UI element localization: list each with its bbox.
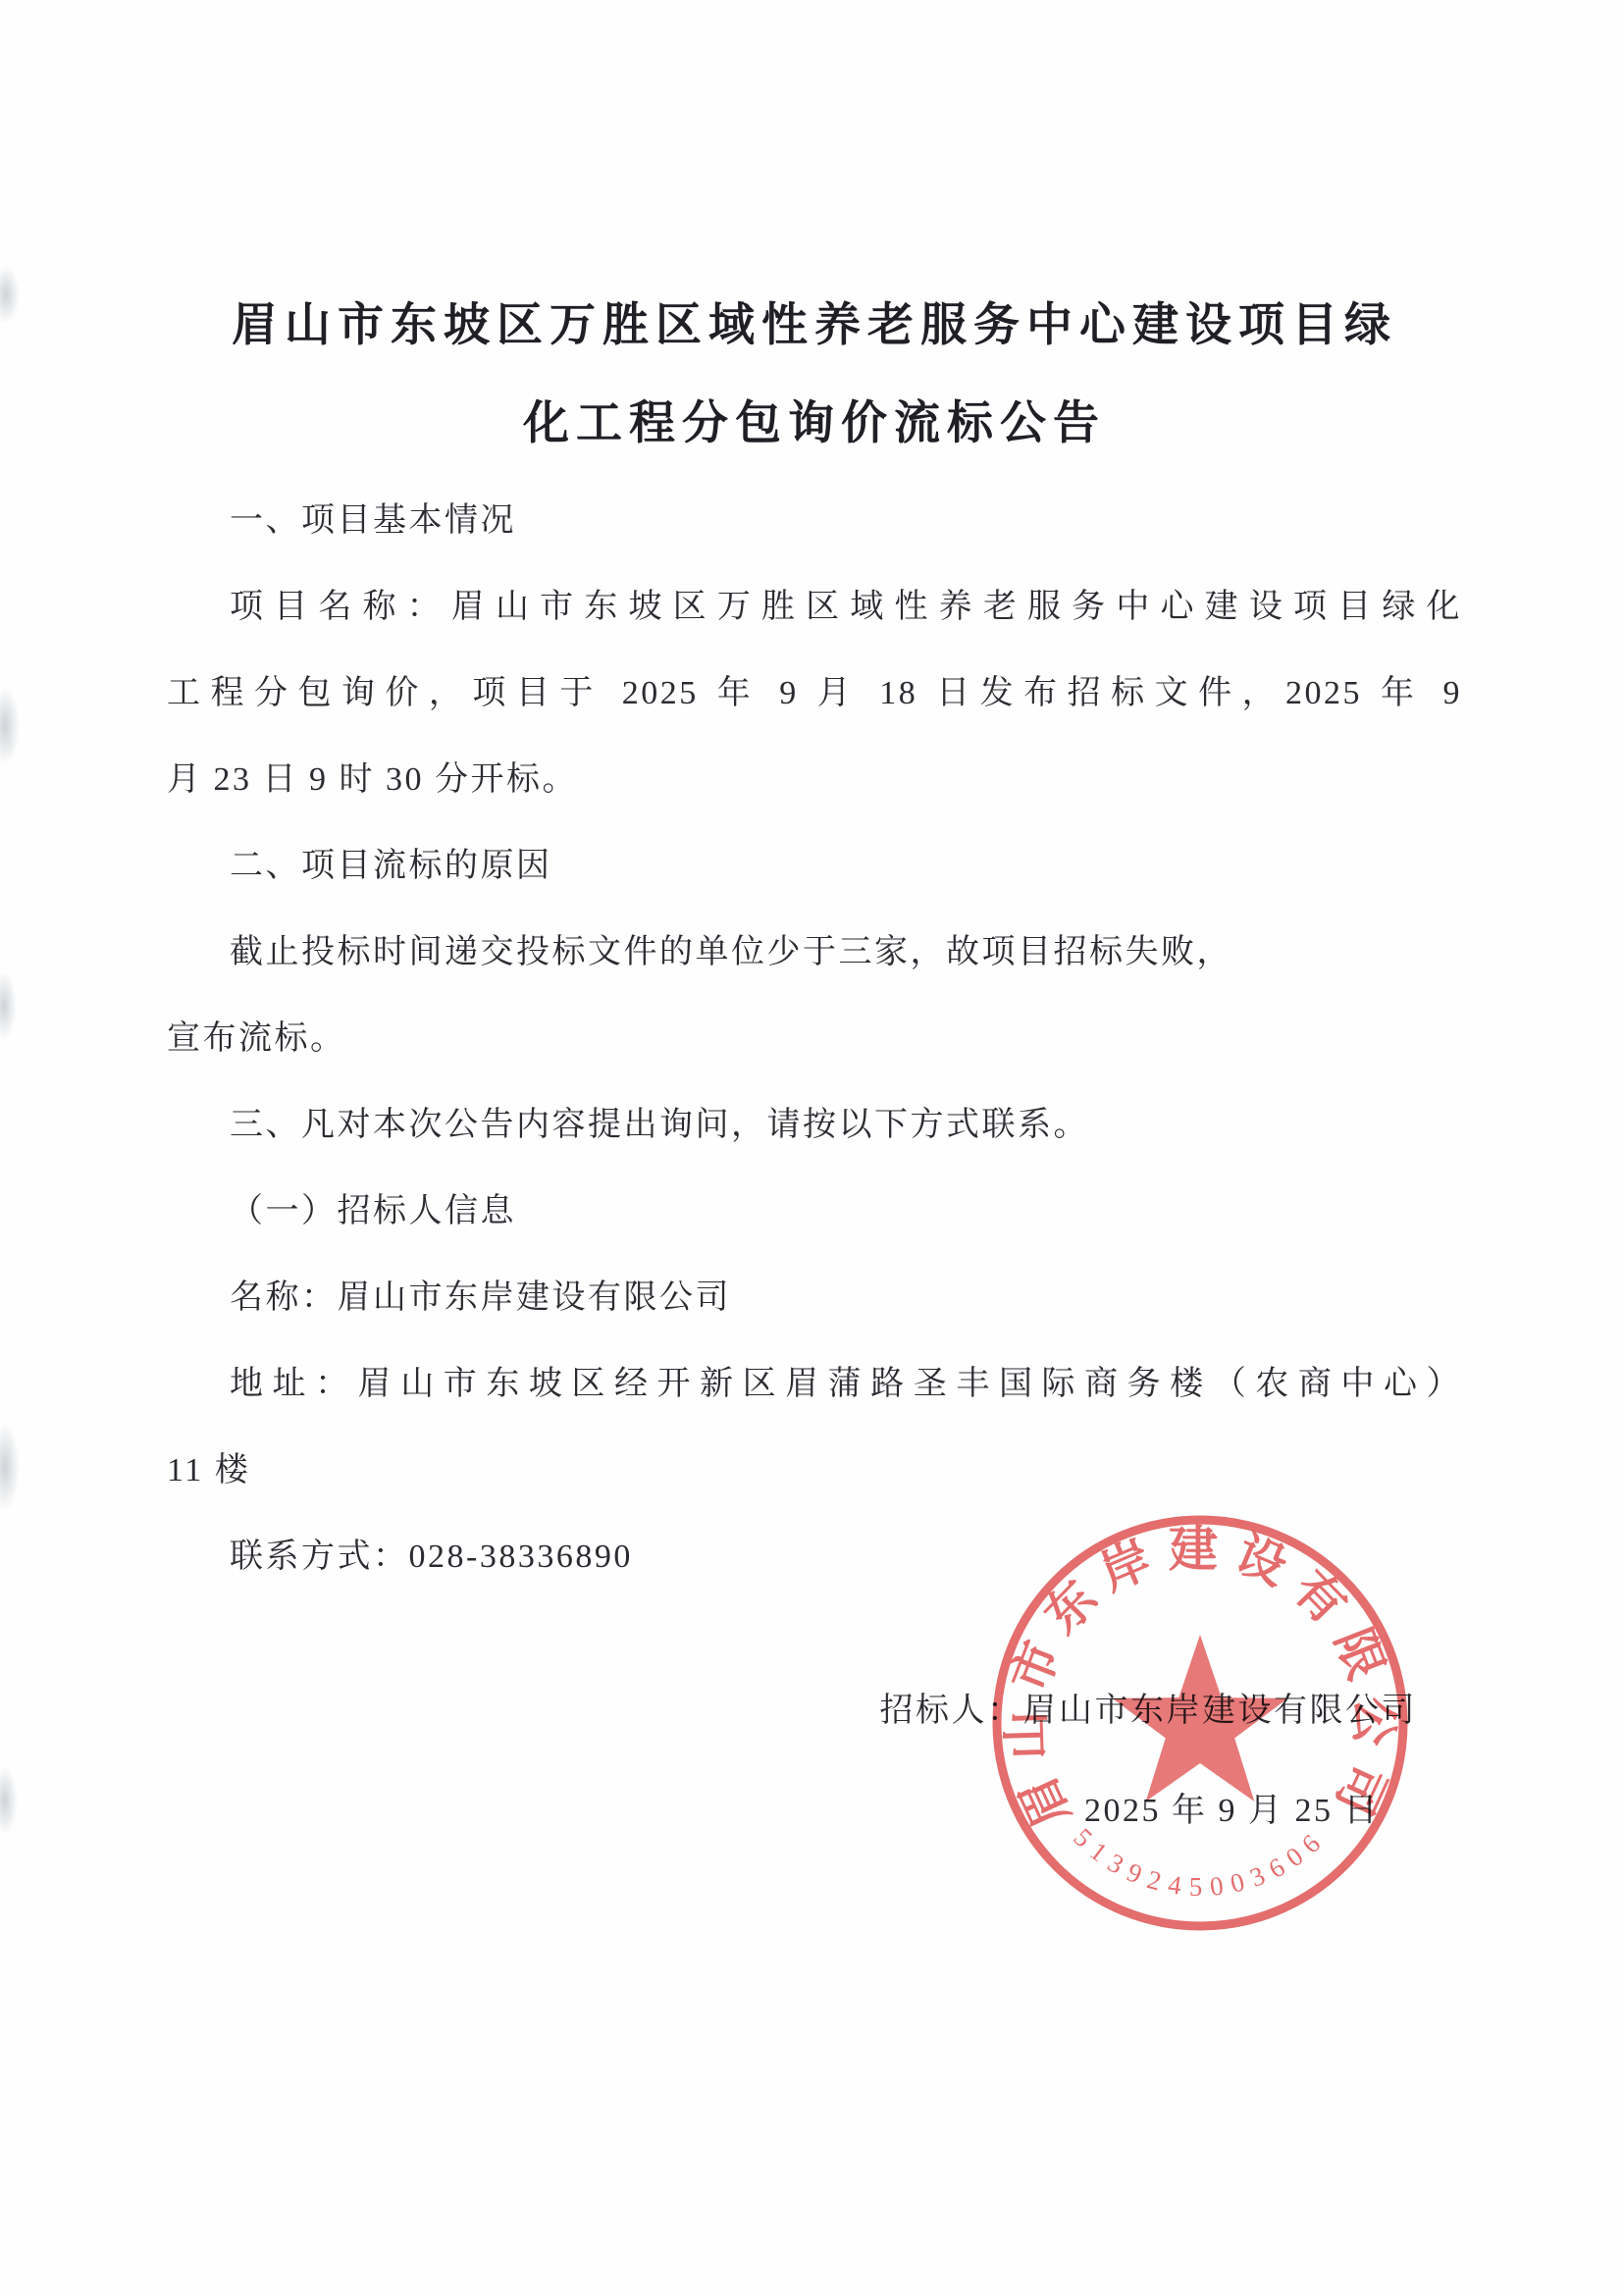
tenderer-name-line: 名称：眉山市东岸建设有限公司 <box>167 1255 1462 1341</box>
seal-serial-number: 5139245003606 <box>1068 1822 1332 1902</box>
subsection-tenderer-info-heading: （一）招标人信息 <box>167 1169 1462 1255</box>
document-title: 眉山市东坡区万胜区域性养老服务中心建设项目绿 化工程分包询价流标公告 <box>167 276 1462 472</box>
failure-reason-line-1: 截止投标时间递交投标文件的单位少于三家，故项目招标失败， <box>167 910 1462 996</box>
scan-artifact <box>0 971 17 1040</box>
scan-artifact <box>0 687 20 765</box>
scan-artifact <box>0 1766 18 1835</box>
scan-artifact <box>0 265 20 324</box>
scan-artifact <box>0 1423 20 1511</box>
section-3-heading: 三、凡对本次公告内容提出询问，请按以下方式联系。 <box>167 1082 1462 1169</box>
project-info-line-2: 工程分包询价，项目于 2025 年 9 月 18 日发布招标文件，2025 年 … <box>167 651 1462 737</box>
project-info-line-3: 月 23 日 9 时 30 分开标。 <box>167 737 1462 823</box>
document-title-line-2: 化工程分包询价流标公告 <box>167 374 1462 472</box>
document-body: 一、项目基本情况 项目名称：眉山市东坡区万胜区域性养老服务中心建设项目绿化 工程… <box>167 478 1462 1600</box>
document-title-line-1: 眉山市东坡区万胜区域性养老服务中心建设项目绿 <box>167 276 1462 374</box>
scanned-document-page: 眉山市东坡区万胜区域性养老服务中心建设项目绿 化工程分包询价流标公告 一、项目基… <box>0 0 1623 2296</box>
project-info-line-1: 项目名称：眉山市东坡区万胜区域性养老服务中心建设项目绿化 <box>167 564 1462 651</box>
section-2-heading: 二、项目流标的原因 <box>167 823 1462 910</box>
svg-text:5139245003606: 5139245003606 <box>1068 1822 1332 1902</box>
seal-star-icon <box>1113 1635 1288 1801</box>
tenderer-address-line-1: 地址：眉山市东坡区经开新区眉蒲路圣丰国际商务楼（农商中心） <box>167 1341 1462 1428</box>
failure-reason-line-2: 宣布流标。 <box>167 996 1462 1082</box>
official-seal: 眉山市东岸建设有限公司 5139245003606 <box>986 1509 1414 1937</box>
tenderer-address-line-2: 11 楼 <box>167 1428 1462 1514</box>
section-1-heading: 一、项目基本情况 <box>167 478 1462 564</box>
